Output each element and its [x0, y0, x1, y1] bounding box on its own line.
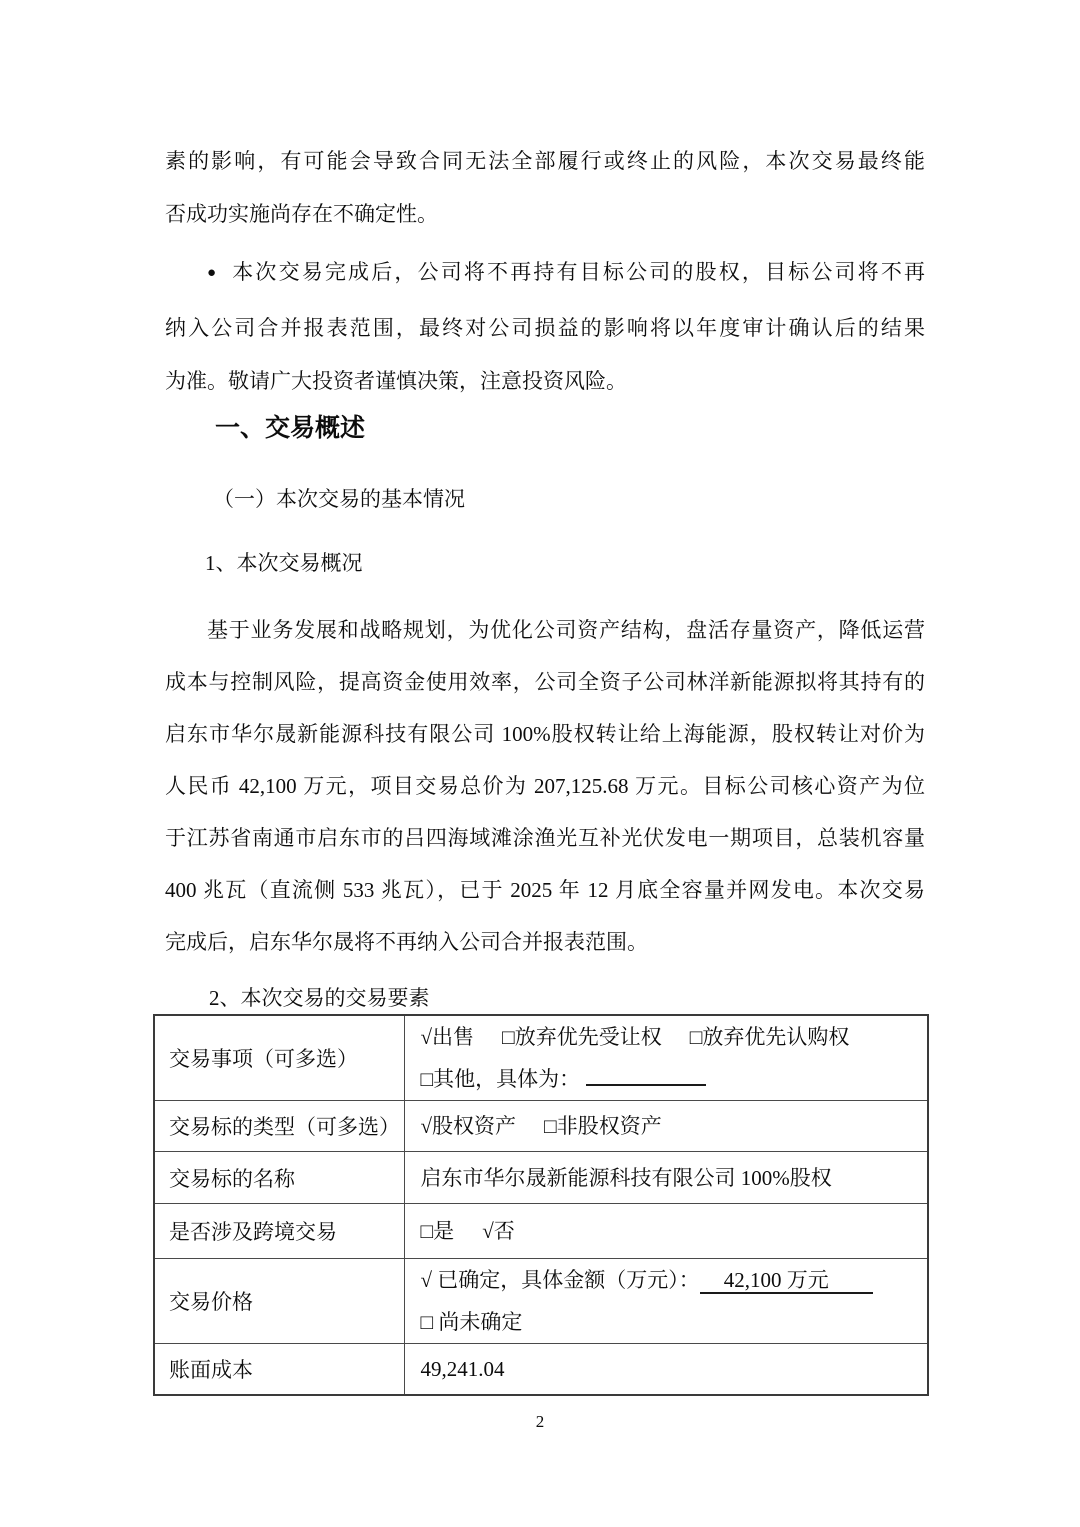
para-bullet-note: ●本次交易完成后，公司将不再持有目标公司的股权，目标公司将不再 纳入公司合并报表…: [165, 246, 925, 408]
bullet-text: 本次交易完成后，公司将不再持有目标公司的股权，目标公司将不再: [232, 260, 925, 284]
row-value: √出售□放弃优先受让权□放弃优先认购权 □其他，具体为：: [404, 1015, 928, 1101]
row-label: 交易标的类型（可多选）: [154, 1101, 404, 1152]
text-line: 400 兆瓦（直流侧 533 兆瓦），已于 2025 年 12 月底全容量并网发…: [165, 864, 925, 916]
text-line: 基于业务发展和战略规划，为优化公司资产结构，盘活存量资产，降低运营: [165, 604, 925, 656]
checkbox-option: □放弃优先认购权: [690, 1025, 850, 1049]
checkbox-option: □ 尚未确定: [421, 1310, 523, 1334]
blank-underline: [586, 1070, 706, 1086]
checked-option: √股权资产: [421, 1114, 517, 1138]
text-line: ●本次交易完成后，公司将不再持有目标公司的股权，目标公司将不再: [165, 246, 925, 302]
checkbox-option: □放弃优先受让权: [502, 1025, 662, 1049]
row-label: 交易事项（可多选）: [154, 1015, 404, 1101]
option-line: √ 已确定，具体金额（万元）：42,100 万元: [421, 1259, 918, 1301]
checkbox-option: □非股权资产: [544, 1114, 662, 1138]
row-label: 交易标的名称: [154, 1152, 404, 1204]
checkbox-option: □是: [421, 1219, 455, 1243]
row-label: 交易价格: [154, 1259, 404, 1344]
row-value: √股权资产□非股权资产: [404, 1101, 928, 1152]
heading-section-1: 一、交易概述: [165, 408, 925, 448]
text-line: 素的影响，有可能会导致合同无法全部履行或终止的风险，本次交易最终能: [165, 135, 925, 188]
text-line: 否成功实施尚存在不确定性。: [165, 188, 925, 241]
row-value: √ 已确定，具体金额（万元）：42,100 万元 □ 尚未确定: [404, 1259, 928, 1344]
text-line: 纳入公司合并报表范围，最终对公司损益的影响将以年度审计确认后的结果: [165, 302, 925, 355]
table-row: 交易标的名称 启东市华尔晟新能源科技有限公司 100%股权: [154, 1152, 928, 1204]
checked-option: √出售: [421, 1025, 475, 1049]
option-line: √出售□放弃优先受让权□放弃优先认购权: [421, 1016, 918, 1058]
underlined-amount: 42,100 万元: [700, 1268, 873, 1294]
checkbox-option: □其他，具体为：: [421, 1067, 581, 1091]
text-line: 为准。敬请广大投资者谨慎决策，注意投资风险。: [165, 355, 925, 408]
text-line: 人民币 42,100 万元，项目交易总价为 207,125.68 万元。目标公司…: [165, 760, 925, 812]
table-row: 是否涉及跨境交易 □是√否: [154, 1204, 928, 1259]
para-transaction-overview: 基于业务发展和战略规划，为优化公司资产结构，盘活存量资产，降低运营 成本与控制风…: [165, 604, 925, 968]
heading-item-1: 1、本次交易概况: [165, 537, 925, 590]
row-label: 是否涉及跨境交易: [154, 1204, 404, 1259]
row-value: 49,241.04: [404, 1344, 928, 1395]
row-label: 账面成本: [154, 1344, 404, 1395]
transaction-elements-table: 交易事项（可多选） √出售□放弃优先受让权□放弃优先认购权 □其他，具体为： 交…: [153, 1014, 929, 1396]
option-line: □ 尚未确定: [421, 1301, 918, 1343]
bullet-icon: ●: [207, 265, 218, 281]
row-value: 启东市华尔晟新能源科技有限公司 100%股权: [404, 1152, 928, 1204]
option-line: □其他，具体为：: [421, 1058, 918, 1100]
checked-option: √否: [482, 1219, 515, 1243]
text-line: 成本与控制风险，提高资金使用效率，公司全资子公司林洋新能源拟将其持有的: [165, 656, 925, 708]
table-row: 交易价格 √ 已确定，具体金额（万元）：42,100 万元 □ 尚未确定: [154, 1259, 928, 1344]
text-line: 完成后，启东华尔晟将不再纳入公司合并报表范围。: [165, 916, 925, 968]
checked-option: √ 已确定，具体金额（万元）：: [421, 1268, 700, 1292]
table-row: 交易事项（可多选） √出售□放弃优先受让权□放弃优先认购权 □其他，具体为：: [154, 1015, 928, 1101]
heading-sub-1: （一）本次交易的基本情况: [165, 473, 925, 526]
table-row: 交易标的类型（可多选） √股权资产□非股权资产: [154, 1101, 928, 1152]
row-value: □是√否: [404, 1204, 928, 1259]
text-line: 于江苏省南通市启东市的吕四海域滩涂渔光互补光伏发电一期项目，总装机容量: [165, 812, 925, 864]
document-page: 素的影响，有可能会导致合同无法全部履行或终止的风险，本次交易最终能 否成功实施尚…: [0, 0, 1080, 1527]
table-row: 账面成本 49,241.04: [154, 1344, 928, 1395]
page-number: 2: [0, 1412, 1080, 1432]
para-risk-continuation: 素的影响，有可能会导致合同无法全部履行或终止的风险，本次交易最终能 否成功实施尚…: [165, 135, 925, 241]
text-line: 启东市华尔晟新能源科技有限公司 100%股权转让给上海能源，股权转让对价为: [165, 708, 925, 760]
